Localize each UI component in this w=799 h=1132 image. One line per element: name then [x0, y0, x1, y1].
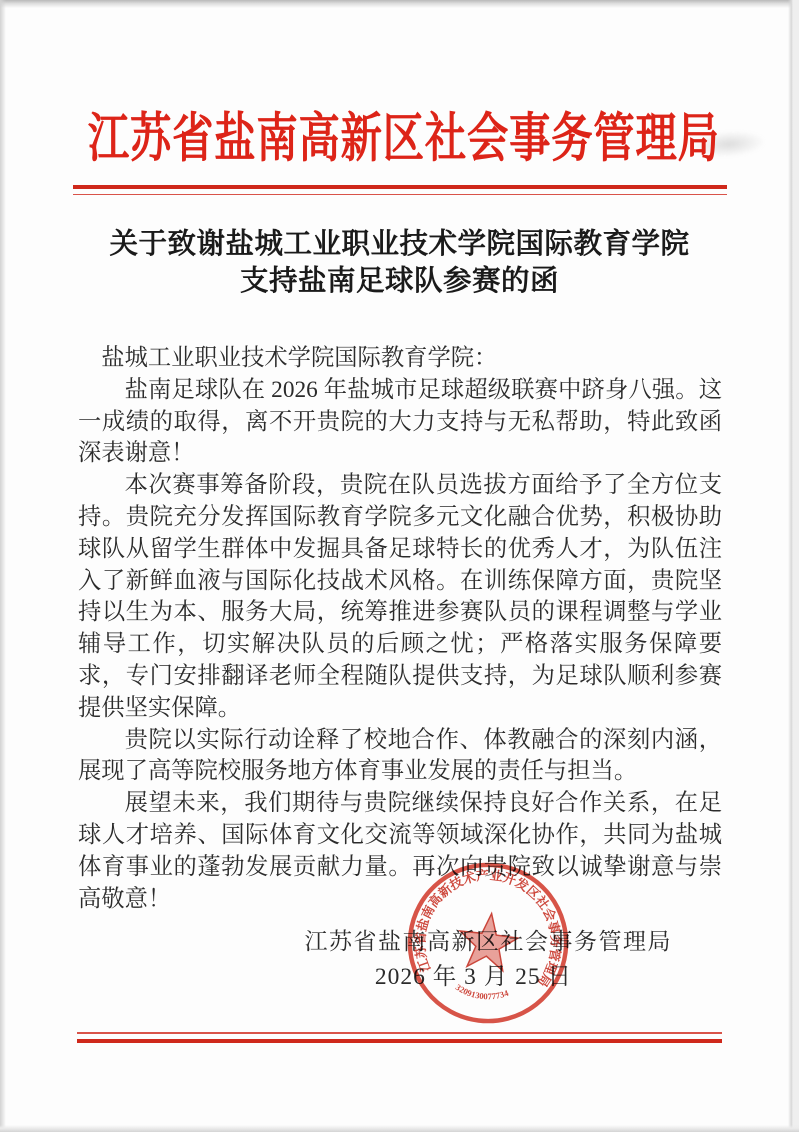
scan-edge-top: [0, 0, 799, 8]
document-page: 江苏省盐南高新区社会事务管理局 关于致谢盐城工业职业技术学院国际教育学院 支持盐…: [0, 0, 799, 1132]
seal-code: 3209130077734: [453, 981, 511, 1004]
footer-rule-thin: [77, 1032, 722, 1034]
header-rule-thin: [73, 194, 727, 196]
letter-body: 盐城工业职业技术学院国际教育学院： 盐南足球队在 2026 年盐城市足球超级联赛…: [78, 343, 722, 915]
salutation: 盐城工业职业技术学院国际教育学院：: [78, 343, 722, 375]
scan-edge-bottom: [0, 1125, 799, 1132]
official-seal: 江苏省盐南高新技术产业开发区社会事务管理局 3209130077734: [394, 849, 581, 1036]
footer-rule-thick: [77, 1039, 722, 1044]
letterhead-title: 江苏省盐南高新区社会事务管理局: [88, 107, 711, 171]
seal-star-icon: [456, 910, 521, 972]
document-title-line2: 支持盐南足球队参赛的函: [0, 263, 799, 300]
paragraph-4: 展望未来，我们期待与贵院继续保持良好合作关系，在足球人才培养、国际体育文化交流等…: [78, 788, 722, 915]
document-title: 关于致谢盐城工业职业技术学院国际教育学院 支持盐南足球队参赛的函: [0, 226, 799, 300]
paragraph-1: 盐南足球队在 2026 年盐城市足球超级联赛中跻身八强。这一成绩的取得，离不开贵…: [78, 375, 722, 470]
header-rule-thick: [73, 185, 727, 189]
document-title-line1: 关于致谢盐城工业职业技术学院国际教育学院: [0, 226, 799, 263]
paragraph-3: 贵院以实际行动诠释了校地合作、体教融合的深刻内涵，展现了高等院校服务地方体育事业…: [78, 725, 722, 789]
paragraph-2: 本次赛事筹备阶段，贵院在队员选拔方面给予了全方位支持。贵院充分发挥国际教育学院多…: [78, 470, 722, 724]
scan-edge-right: [788, 0, 799, 1132]
